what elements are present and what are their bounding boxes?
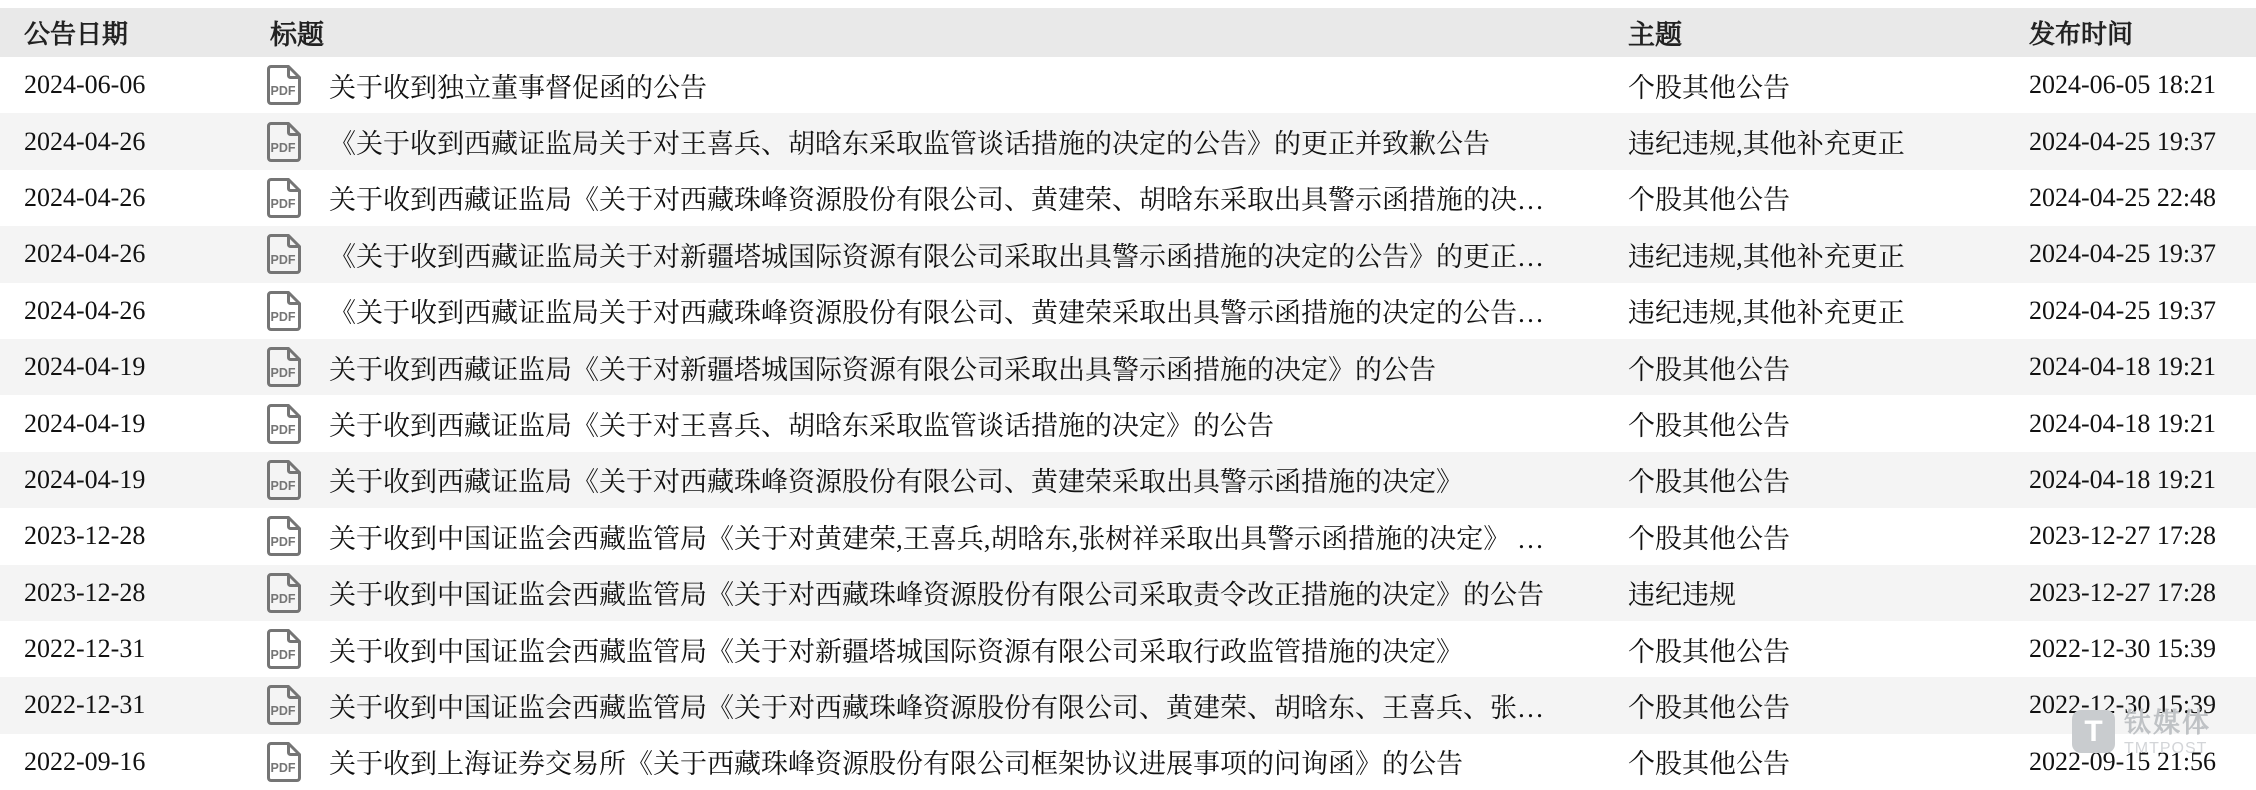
announcement-publish-time: 2022-09-15 21:56 [2029,747,2256,777]
pdf-file-icon[interactable]: PDF [266,628,303,670]
announcement-publish-time: 2024-06-05 18:21 [2029,70,2256,100]
svg-text:PDF: PDF [271,310,296,324]
table-row[interactable]: 2024-04-26 PDF 关于收到西藏证监局《关于对西藏珠峰资源股份有限公司… [0,170,2256,226]
announcement-date: 2024-06-06 [0,70,266,100]
announcement-title-cell[interactable]: PDF 关于收到中国证监会西藏监管局《关于对西藏珠峰资源股份有限公司采取责令改正… [266,572,1624,614]
table-row[interactable]: 2022-12-31 PDF 关于收到中国证监会西藏监管局《关于对新疆塔城国际资… [0,621,2256,677]
svg-text:PDF: PDF [271,141,296,155]
svg-text:PDF: PDF [271,366,296,380]
announcement-date: 2024-04-26 [0,239,266,269]
svg-text:PDF: PDF [271,535,296,549]
pdf-file-icon[interactable]: PDF [266,515,303,557]
announcement-topic: 个股其他公告 [1624,630,2029,669]
announcement-date: 2024-04-26 [0,127,266,157]
announcement-title-cell[interactable]: PDF 关于收到西藏证监局《关于对王喜兵、胡晗东采取监管谈话措施的决定》的公告 [266,403,1624,445]
announcement-title-cell[interactable]: PDF 关于收到中国证监会西藏监管局《关于对新疆塔城国际资源有限公司采取行政监管… [266,628,1624,670]
svg-text:PDF: PDF [271,84,296,98]
pdf-file-icon[interactable]: PDF [266,572,303,614]
table-row[interactable]: 2022-09-16 PDF 关于收到上海证券交易所《关于西藏珠峰资源股份有限公… [0,734,2256,790]
announcement-date: 2022-09-16 [0,747,266,777]
announcement-publish-time: 2024-04-25 19:37 [2029,296,2256,326]
announcement-title-link[interactable]: 《关于收到西藏证监局关于对西藏珠峰资源股份有限公司、黄建荣采取出具警示函措施的决… [329,291,1544,330]
pdf-file-icon[interactable]: PDF [266,290,303,332]
announcement-publish-time: 2022-12-30 15:39 [2029,690,2256,720]
announcement-publish-time: 2024-04-25 19:37 [2029,127,2256,157]
announcement-title-cell[interactable]: PDF 《关于收到西藏证监局关于对王喜兵、胡晗东采取监管谈话措施的决定的公告》的… [266,121,1624,163]
column-header-title: 标题 [266,13,1624,52]
announcement-title-link[interactable]: 关于收到中国证监会西藏监管局《关于对黄建荣,王喜兵,胡晗东,张树祥采取出具警示函… [329,517,1544,556]
announcement-title-cell[interactable]: PDF 关于收到西藏证监局《关于对西藏珠峰资源股份有限公司、黄建荣采取出具警示函… [266,459,1624,501]
announcement-topic: 违纪违规,其他补充更正 [1624,122,2029,161]
announcement-date: 2022-12-31 [0,690,266,720]
announcement-title-cell[interactable]: PDF 关于收到西藏证监局《关于对新疆塔城国际资源有限公司采取出具警示函措施的决… [266,346,1624,388]
announcement-topic: 违纪违规 [1624,573,2029,612]
svg-text:PDF: PDF [271,761,296,775]
announcement-date: 2022-12-31 [0,634,266,664]
announcement-title-cell[interactable]: PDF 《关于收到西藏证监局关于对新疆塔城国际资源有限公司采取出具警示函措施的决… [266,233,1624,275]
announcement-title-link[interactable]: 关于收到独立董事督促函的公告 [329,66,707,105]
pdf-file-icon[interactable]: PDF [266,684,303,726]
svg-text:PDF: PDF [271,253,296,267]
pdf-file-icon[interactable]: PDF [266,346,303,388]
announcement-topic: 违纪违规,其他补充更正 [1624,291,2029,330]
announcement-title-link[interactable]: 关于收到西藏证监局《关于对新疆塔城国际资源有限公司采取出具警示函措施的决定》的公… [329,348,1436,387]
announcement-title-link[interactable]: 关于收到上海证券交易所《关于西藏珠峰资源股份有限公司框架协议进展事项的问询函》的… [329,742,1463,781]
announcement-date: 2024-04-26 [0,183,266,213]
svg-text:PDF: PDF [271,479,296,493]
announcement-date: 2023-12-28 [0,578,266,608]
announcement-title-link[interactable]: 关于收到中国证监会西藏监管局《关于对西藏珠峰资源股份有限公司采取责令改正措施的决… [329,573,1544,612]
table-row[interactable]: 2024-06-06 PDF 关于收到独立董事督促函的公告 个股其他公告 202… [0,57,2256,113]
column-header-announce-date: 公告日期 [0,14,266,51]
table-row[interactable]: 2024-04-26 PDF 《关于收到西藏证监局关于对新疆塔城国际资源有限公司… [0,226,2256,282]
pdf-file-icon[interactable]: PDF [266,177,303,219]
announcement-title-cell[interactable]: PDF 《关于收到西藏证监局关于对西藏珠峰资源股份有限公司、黄建荣采取出具警示函… [266,290,1624,332]
announcement-topic: 违纪违规,其他补充更正 [1624,235,2029,274]
announcement-date: 2024-04-26 [0,296,266,326]
announcement-topic: 个股其他公告 [1624,460,2029,499]
announcement-title-cell[interactable]: PDF 关于收到上海证券交易所《关于西藏珠峰资源股份有限公司框架协议进展事项的问… [266,741,1624,783]
svg-text:PDF: PDF [271,704,296,718]
table-row[interactable]: 2024-04-19 PDF 关于收到西藏证监局《关于对王喜兵、胡晗东采取监管谈… [0,395,2256,451]
announcements-page: 公告日期 标题 主题 发布时间 2024-06-06 PDF 关于收到独立董事督… [0,0,2256,790]
announcement-title-link[interactable]: 关于收到中国证监会西藏监管局《关于对新疆塔城国际资源有限公司采取行政监管措施的决… [329,630,1463,669]
announcement-title-cell[interactable]: PDF 关于收到西藏证监局《关于对西藏珠峰资源股份有限公司、黄建荣、胡晗东采取出… [266,177,1624,219]
announcement-topic: 个股其他公告 [1624,348,2029,387]
table-row[interactable]: 2023-12-28 PDF 关于收到中国证监会西藏监管局《关于对黄建荣,王喜兵… [0,508,2256,564]
pdf-file-icon[interactable]: PDF [266,233,303,275]
announcement-title-cell[interactable]: PDF 关于收到独立董事督促函的公告 [266,64,1624,106]
table-row[interactable]: 2024-04-26 PDF 《关于收到西藏证监局关于对王喜兵、胡晗东采取监管谈… [0,113,2256,169]
announcement-publish-time: 2024-04-18 19:21 [2029,465,2256,495]
announcement-title-link[interactable]: 关于收到中国证监会西藏监管局《关于对西藏珠峰资源股份有限公司、黄建荣、胡晗东、王… [329,686,1544,725]
svg-text:PDF: PDF [271,423,296,437]
column-header-publish-time: 发布时间 [2029,14,2256,51]
announcement-topic: 个股其他公告 [1624,66,2029,105]
pdf-file-icon[interactable]: PDF [266,403,303,445]
pdf-file-icon[interactable]: PDF [266,64,303,106]
svg-text:PDF: PDF [271,648,296,662]
svg-text:PDF: PDF [271,197,296,211]
column-header-topic: 主题 [1624,13,2029,52]
announcement-title-link[interactable]: 关于收到西藏证监局《关于对西藏珠峰资源股份有限公司、黄建荣、胡晗东采取出具警示函… [329,178,1544,217]
table-body: 2024-06-06 PDF 关于收到独立董事督促函的公告 个股其他公告 202… [0,57,2256,790]
table-row[interactable]: 2024-04-26 PDF 《关于收到西藏证监局关于对西藏珠峰资源股份有限公司… [0,283,2256,339]
announcement-date: 2023-12-28 [0,521,266,551]
announcement-publish-time: 2024-04-18 19:21 [2029,352,2256,382]
announcement-topic: 个股其他公告 [1624,178,2029,217]
table-row[interactable]: 2022-12-31 PDF 关于收到中国证监会西藏监管局《关于对西藏珠峰资源股… [0,677,2256,733]
announcement-publish-time: 2023-12-27 17:28 [2029,578,2256,608]
announcement-publish-time: 2024-04-25 19:37 [2029,239,2256,269]
announcement-publish-time: 2022-12-30 15:39 [2029,634,2256,664]
announcement-date: 2024-04-19 [0,352,266,382]
announcement-title-cell[interactable]: PDF 关于收到中国证监会西藏监管局《关于对黄建荣,王喜兵,胡晗东,张树祥采取出… [266,515,1624,557]
table-row[interactable]: 2023-12-28 PDF 关于收到中国证监会西藏监管局《关于对西藏珠峰资源股… [0,565,2256,621]
pdf-file-icon[interactable]: PDF [266,741,303,783]
announcement-topic: 个股其他公告 [1624,517,2029,556]
announcement-publish-time: 2023-12-27 17:28 [2029,521,2256,551]
announcement-topic: 个股其他公告 [1624,686,2029,725]
announcement-title-link[interactable]: 《关于收到西藏证监局关于对新疆塔城国际资源有限公司采取出具警示函措施的决定的公告… [329,235,1544,274]
pdf-file-icon[interactable]: PDF [266,121,303,163]
table-row[interactable]: 2024-04-19 PDF 关于收到西藏证监局《关于对新疆塔城国际资源有限公司… [0,339,2256,395]
announcement-title-cell[interactable]: PDF 关于收到中国证监会西藏监管局《关于对西藏珠峰资源股份有限公司、黄建荣、胡… [266,684,1624,726]
announcement-publish-time: 2024-04-25 22:48 [2029,183,2256,213]
announcement-title-link[interactable]: 关于收到西藏证监局《关于对西藏珠峰资源股份有限公司、黄建荣采取出具警示函措施的决… [329,460,1463,499]
announcement-topic: 个股其他公告 [1624,742,2029,781]
pdf-file-icon[interactable]: PDF [266,459,303,501]
svg-text:PDF: PDF [271,592,296,606]
announcement-date: 2024-04-19 [0,465,266,495]
announcement-topic: 个股其他公告 [1624,404,2029,443]
table-row[interactable]: 2024-04-19 PDF 关于收到西藏证监局《关于对西藏珠峰资源股份有限公司… [0,452,2256,508]
announcement-publish-time: 2024-04-18 19:21 [2029,409,2256,439]
announcement-date: 2024-04-19 [0,409,266,439]
announcement-title-link[interactable]: 关于收到西藏证监局《关于对王喜兵、胡晗东采取监管谈话措施的决定》的公告 [329,404,1274,443]
announcement-title-link[interactable]: 《关于收到西藏证监局关于对王喜兵、胡晗东采取监管谈话措施的决定的公告》的更正并致… [329,122,1490,161]
table-header-row: 公告日期 标题 主题 发布时间 [0,8,2256,57]
